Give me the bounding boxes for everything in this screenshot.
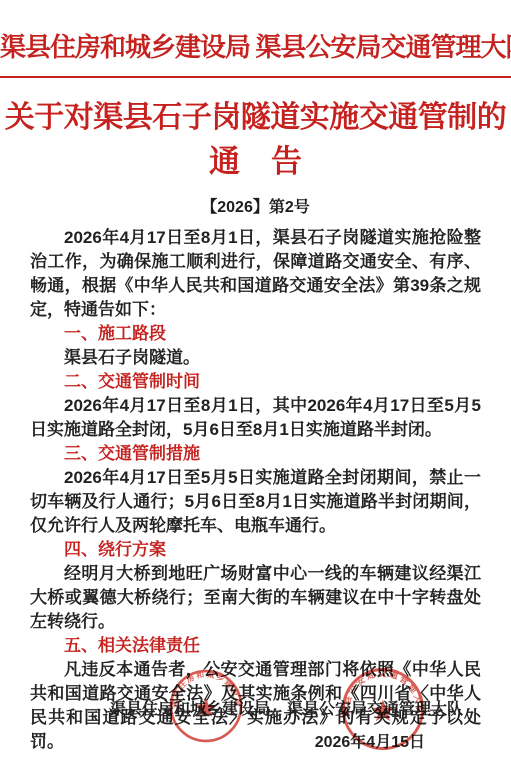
star-icon [196, 698, 216, 717]
masthead-divider [0, 76, 511, 78]
star-icon [372, 700, 395, 722]
section-heading-2: 二、交通管制时间 [30, 370, 481, 394]
document-title: 关于对渠县石子岗隧道实施交通管制的 通 告 [0, 96, 511, 184]
official-seal-police-brigade-icon: 渠县公安局交通管理大队 [340, 666, 426, 752]
notice-document: 渠县住房和城乡建设局 渠县公安局交通管理大队 关于对渠县石子岗隧道实施交通管制的… [0, 0, 511, 762]
signature-agencies: 渠县住房和城乡建设局 渠县公安局交通管理大队 [0, 696, 511, 719]
document-number: 【2026】第2号 [0, 194, 511, 217]
signature-date: 2026年4月15日 [0, 729, 511, 752]
section-paragraph-1: 渠县石子岗隧道。 [30, 346, 481, 370]
section-heading-3: 三、交通管制措施 [30, 442, 481, 466]
intro-paragraph: 2026年4月17日至8月1日，渠县石子岗隧道实施抢险整治工作，为确保施工顺利进… [30, 226, 481, 322]
title-line2: 通 告 [0, 140, 511, 184]
section-paragraph-3: 2026年4月17日至5月5日实施道路全封闭期间，禁止一切车辆及行人通行；5月6… [30, 466, 481, 538]
title-line1: 关于对渠县石子岗隧道实施交通管制的 [0, 96, 511, 140]
section-heading-4: 四、绕行方案 [30, 538, 481, 562]
section-paragraph-4: 经明月大桥到地旺广场财富中心一线的车辆建议经渠江大桥或翼德大桥绕行；至南大街的车… [30, 562, 481, 634]
masthead-agencies: 渠县住房和城乡建设局 渠县公安局交通管理大队 [0, 0, 511, 64]
section-paragraph-2: 2026年4月17日至8月1日，其中2026年4月17日至5月5日实施道路全封闭… [30, 394, 481, 442]
section-heading-1: 一、施工路段 [30, 322, 481, 346]
section-heading-5: 五、相关法律责任 [30, 634, 481, 658]
signature-block: 渠县住房和城乡建设局 渠县公安局交通管理大队 2026年4月15日 [0, 696, 511, 752]
official-seal-housing-bureau-icon: 渠县住房和城乡建设局 [168, 668, 244, 744]
